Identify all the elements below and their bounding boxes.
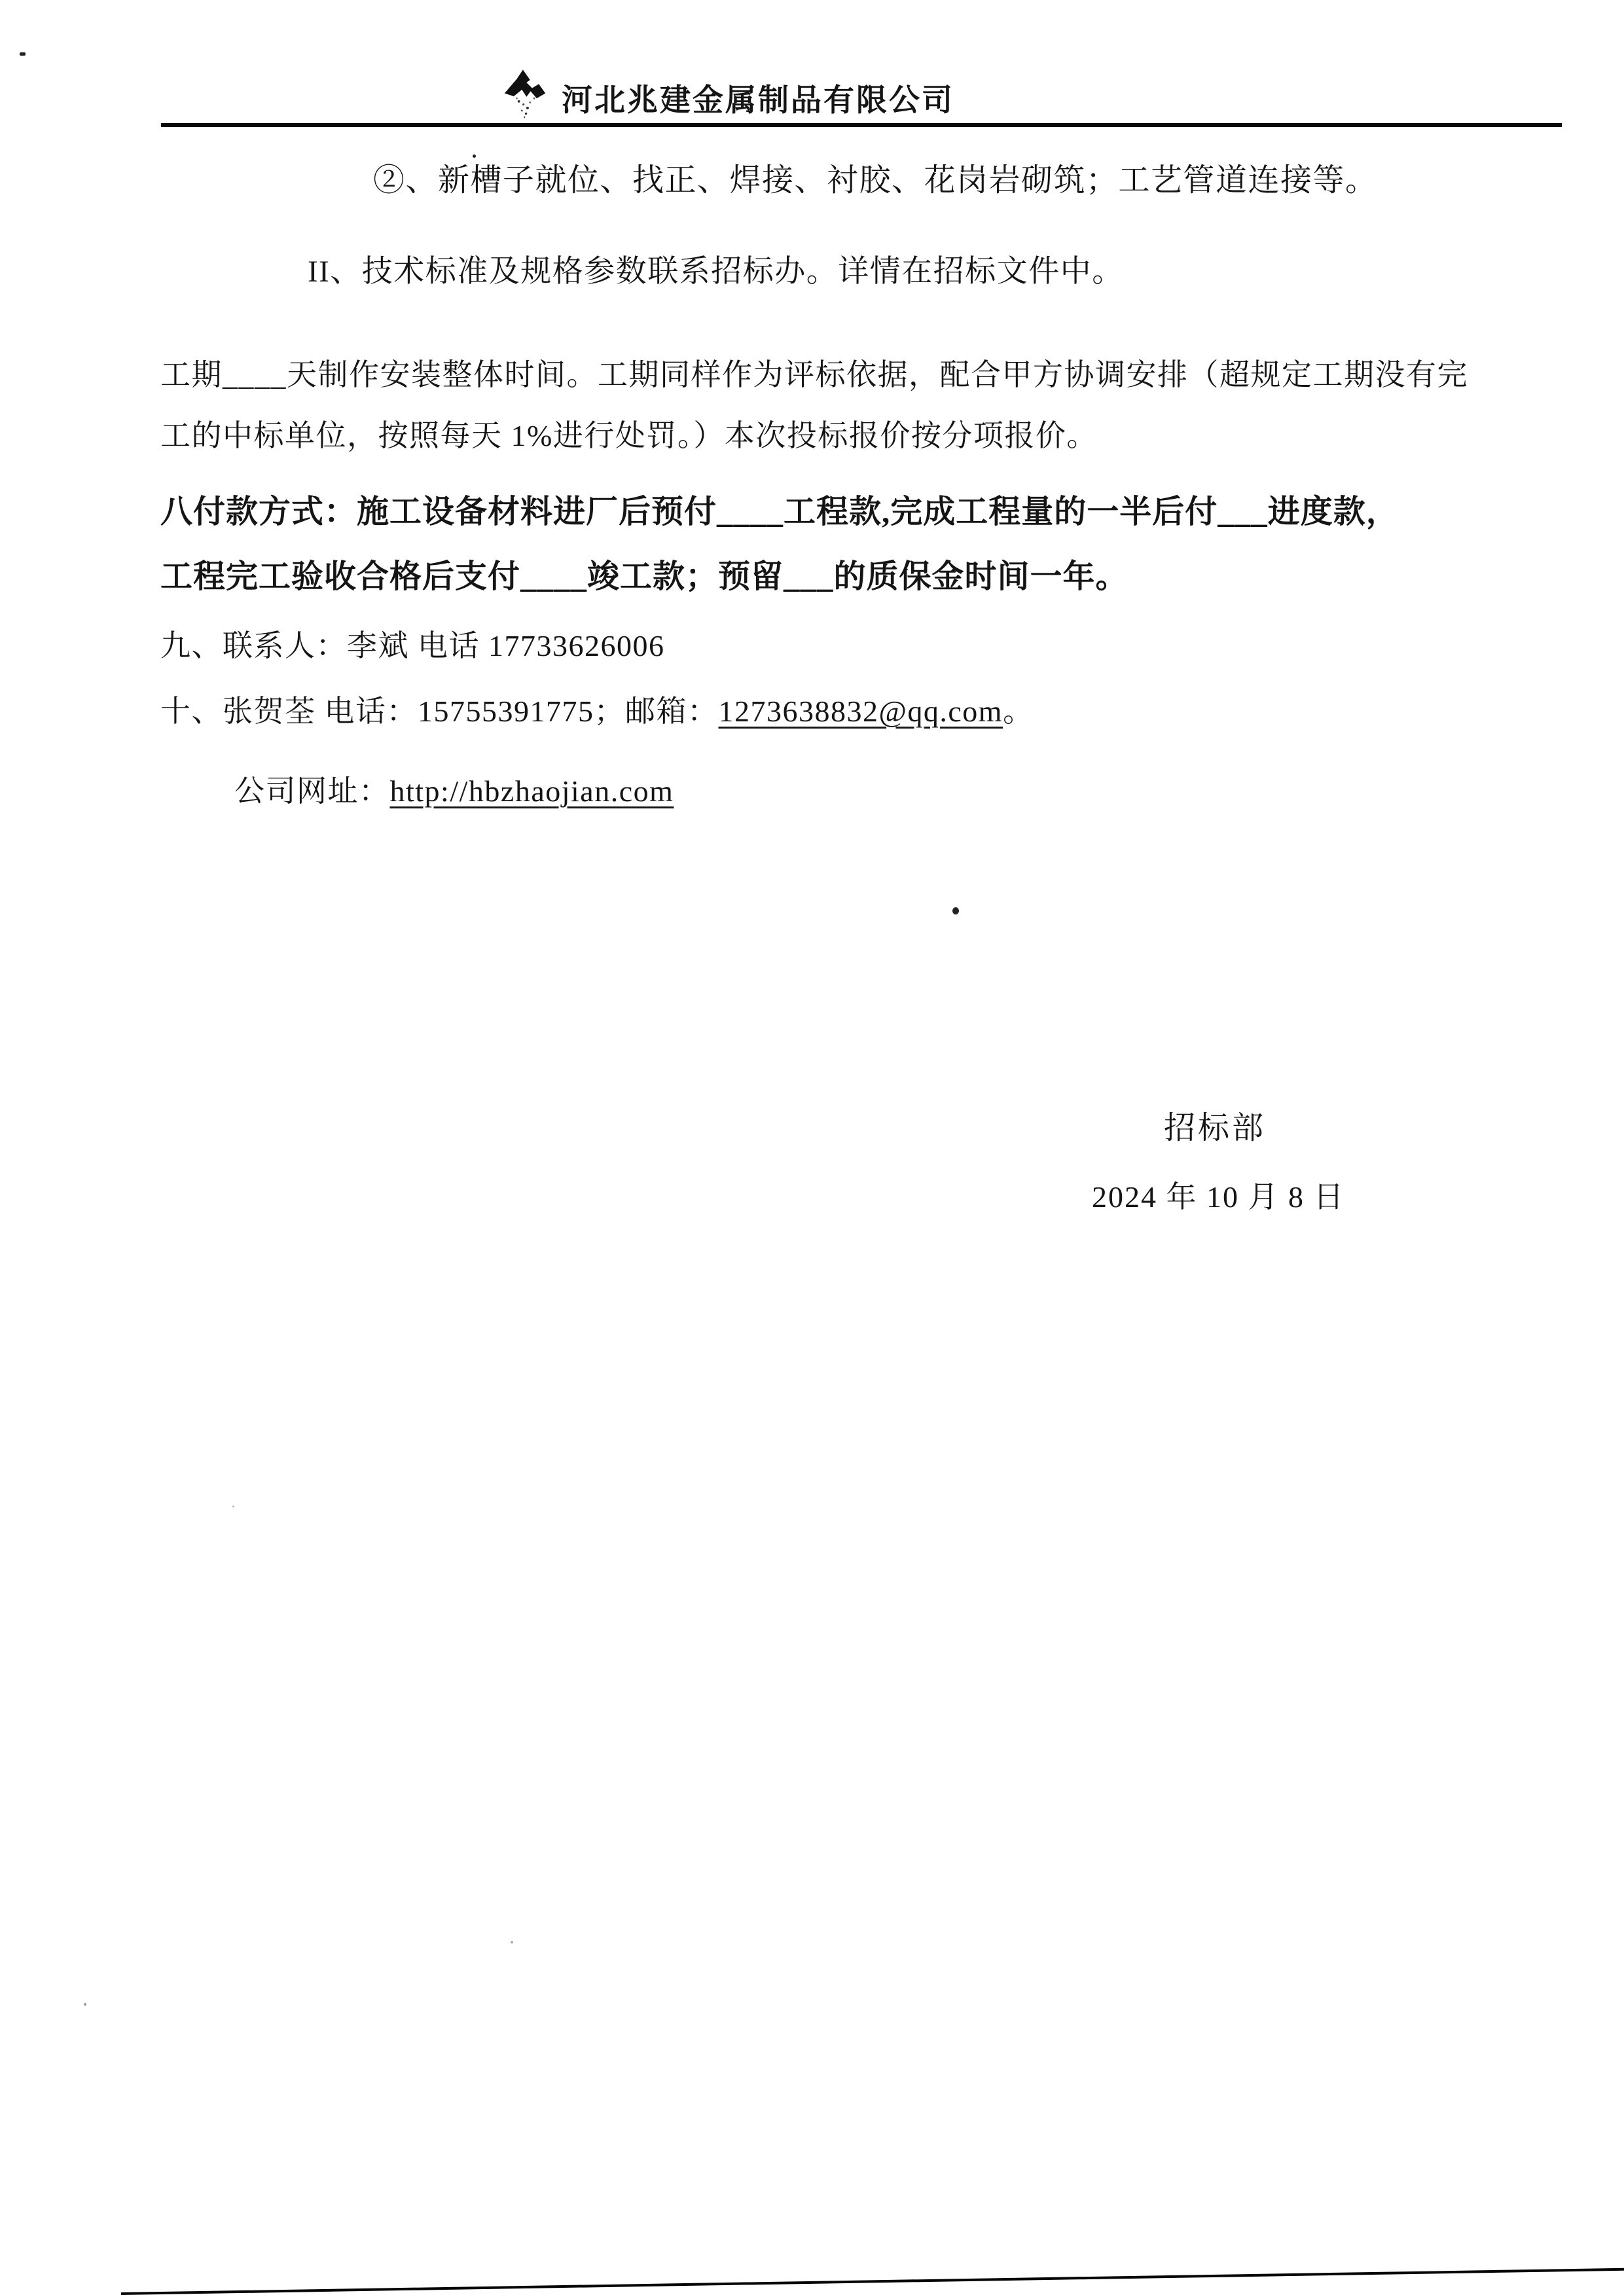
scan-speck: [20, 52, 26, 56]
scan-edge-artifact: [121, 2268, 1624, 2295]
payment-terms-line2: 工程完工验收合格后支付____竣工款；预留___的质保金时间一年。: [160, 560, 1128, 592]
email-link[interactable]: 1273638832@qq.com: [719, 695, 1003, 728]
scan-speck: [511, 1941, 513, 1943]
website-label: 公司网址：: [234, 774, 390, 808]
clause-item-roman2: II、技术标准及规格参数联系招标办。详情在招标文件中。: [308, 257, 1124, 287]
signature-date: 2024 年 10 月 8 日: [1092, 1182, 1345, 1212]
signature-department: 招标部: [1164, 1113, 1266, 1144]
payment-terms-line1: 八付款方式：施工设备材料进厂后预付____工程款,完成工程量的一半后付___进度…: [160, 496, 1399, 528]
website-link[interactable]: http://hbzhaojian.com: [390, 774, 674, 808]
duration-paragraph-line2: 工的中标单位，按照每天 1%进行处罚。）本次投标报价按分项报价。: [160, 421, 1098, 451]
company-name: 河北兆建金属制品有限公司: [562, 76, 954, 120]
document-header: 河北兆建金属制品有限公司: [0, 0, 1624, 131]
scan-speck: [952, 907, 959, 914]
contact-secondary-text: 十、张贺荃 电话：15755391775；邮箱：: [160, 695, 719, 728]
scanned-document-page: 河北兆建金属制品有限公司 ②、新槽子就位、找正、焊接、衬胶、花岗岩砌筑；工艺管道…: [0, 0, 1624, 2295]
website-line: 公司网址：http://hbzhaojian.com: [234, 776, 674, 806]
scan-speck: [473, 154, 476, 158]
contact-secondary-period: 。: [1003, 695, 1034, 728]
contact-secondary: 十、张贺荃 电话：15755391775；邮箱：1273638832@qq.co…: [160, 696, 1034, 727]
company-logo-icon: [499, 65, 550, 123]
contact-primary: 九、联系人：李斌 电话 17733626006: [160, 631, 665, 661]
scan-speck: [84, 2003, 86, 2006]
duration-paragraph-line1: 工期____天制作安装整体时间。工期同样作为评标依据，配合甲方协调安排（超规定工…: [160, 360, 1468, 390]
header-divider-rule: [161, 123, 1562, 127]
scan-speck: [232, 1506, 234, 1508]
clause-item-circle2: ②、新槽子就位、找正、焊接、衬胶、花岗岩砌筑；工艺管道连接等。: [373, 165, 1378, 196]
